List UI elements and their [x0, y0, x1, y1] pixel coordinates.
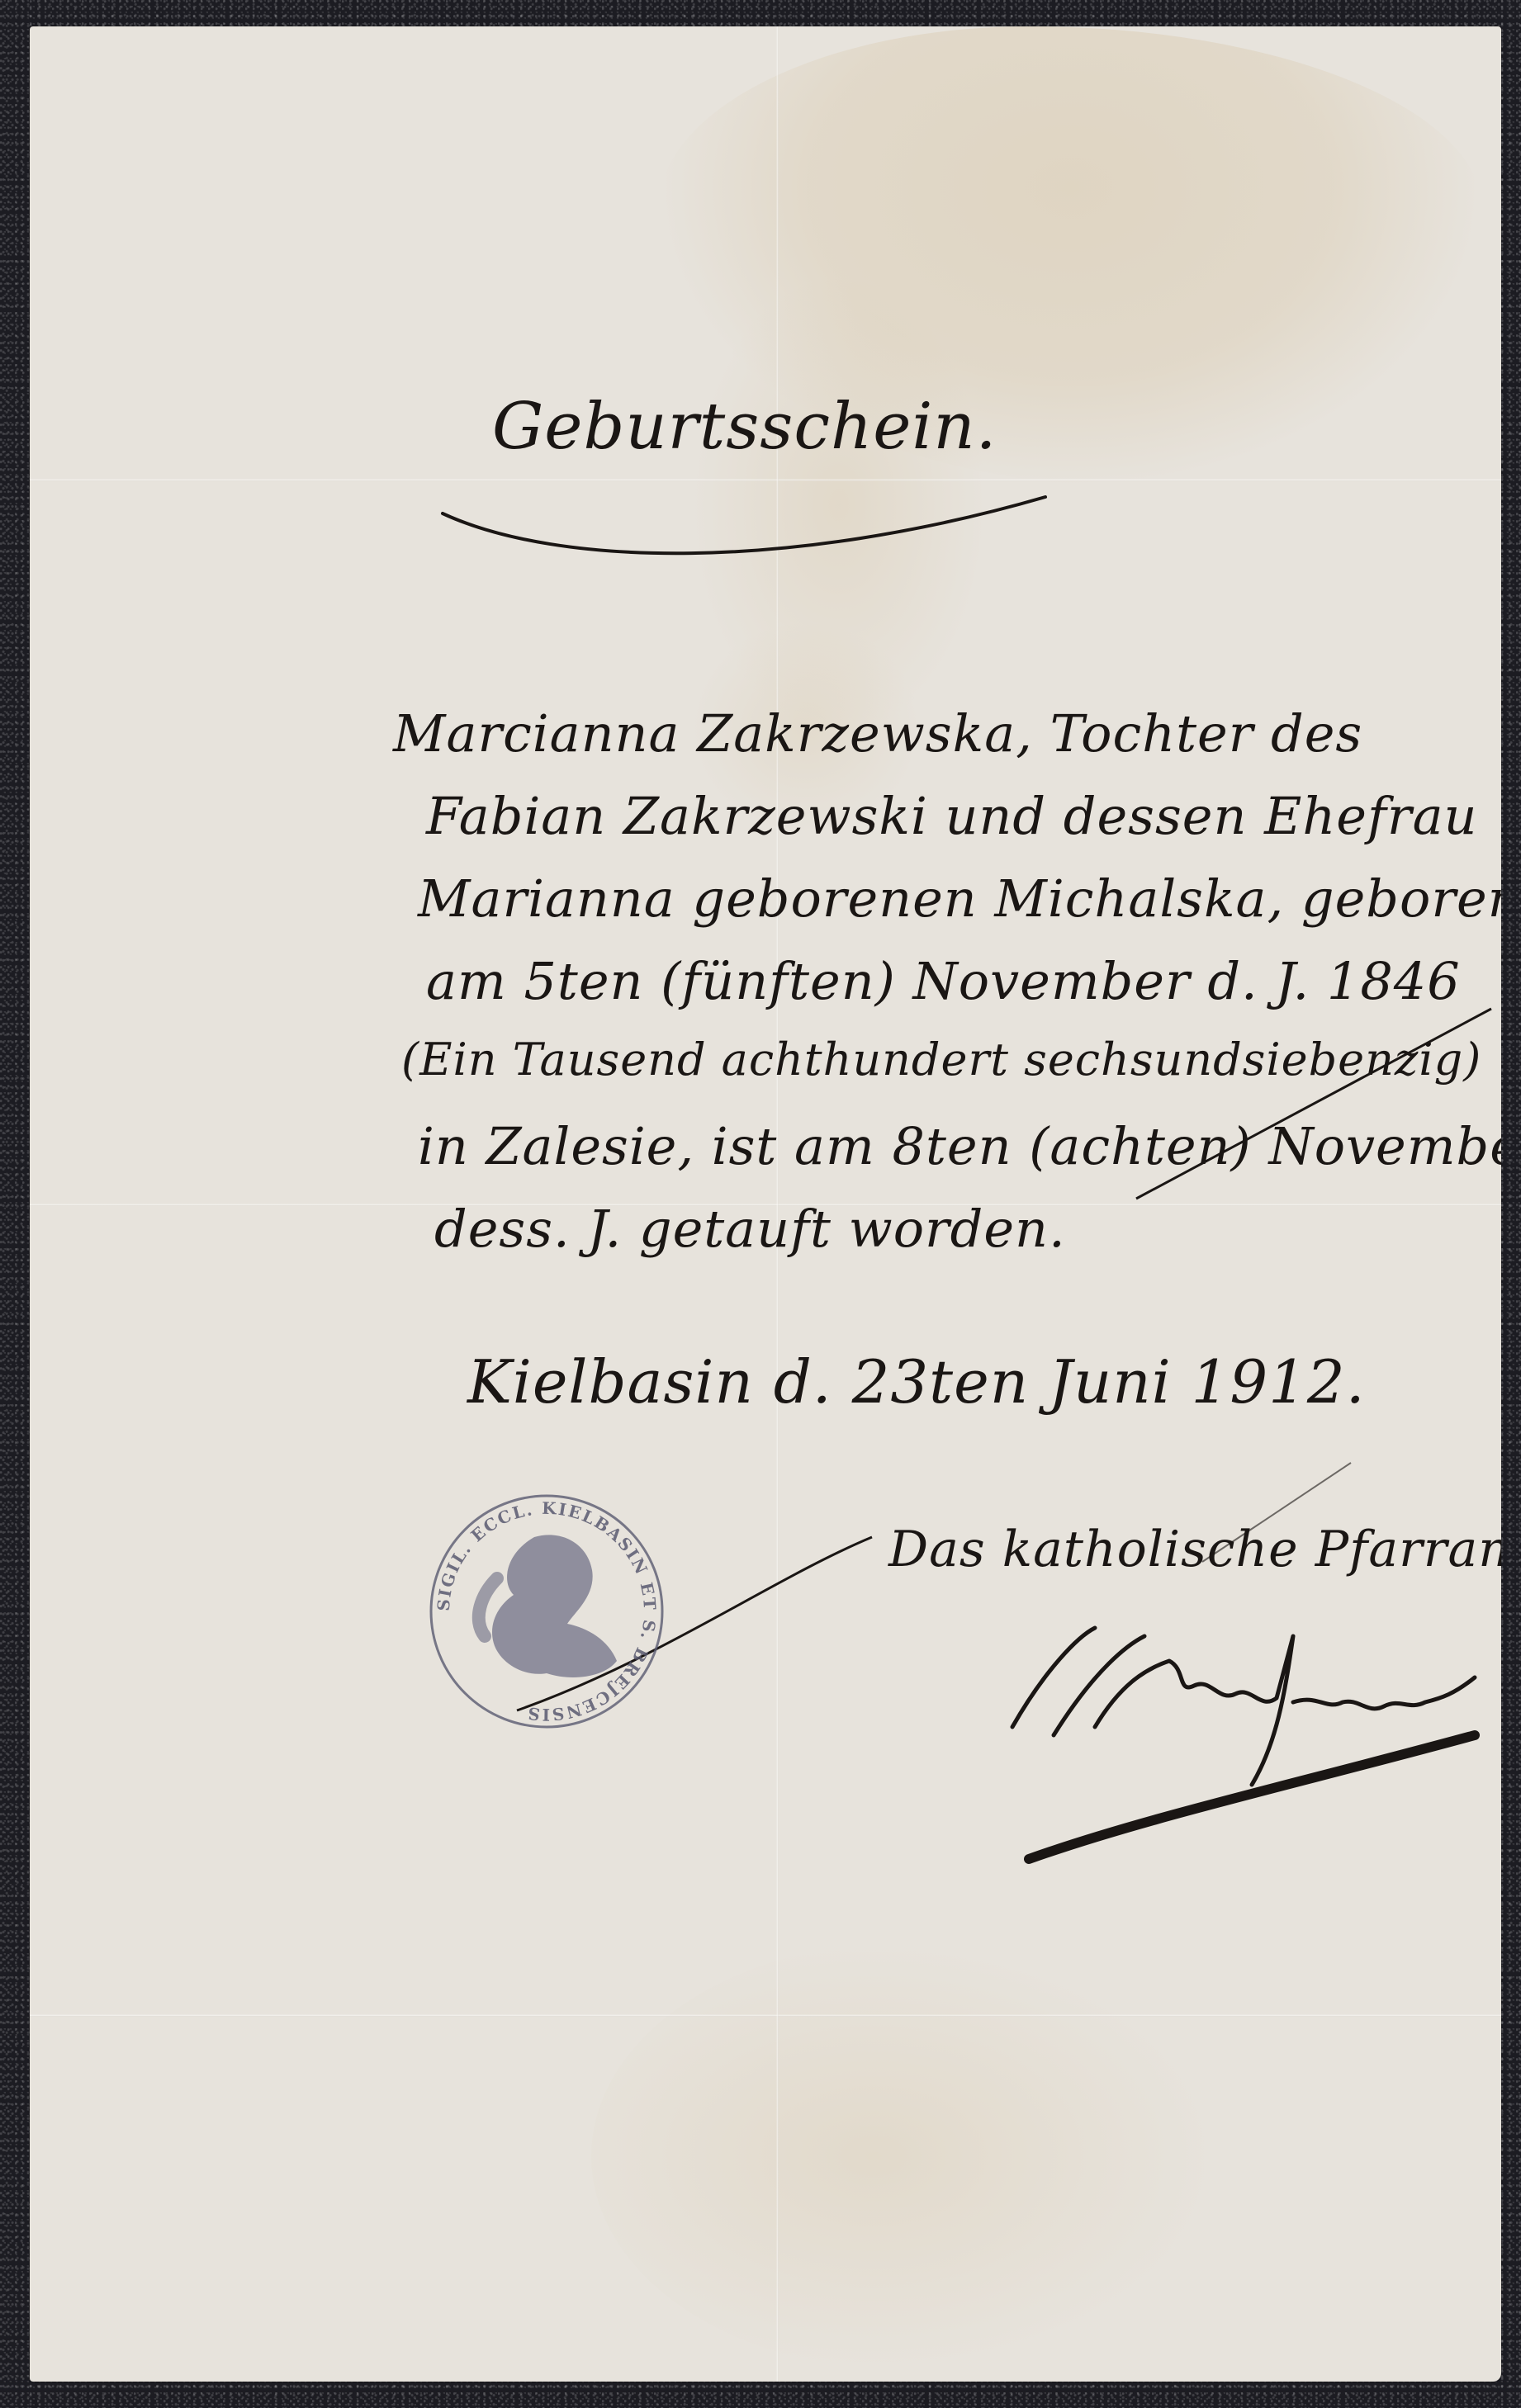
parish-seal: SIGIL. ECCL. KIELBASIN ET S. BREJCENSIS [423, 1488, 670, 1735]
pastor-signature: (illegible signature) [979, 1620, 1491, 1867]
fold-line-horizontal [30, 479, 1501, 481]
body-line: Marcianna Zakrzewska, Tochter des [393, 703, 1362, 764]
body-line: in Zalesie, ist am 8ten (achten) Novembe… [418, 1116, 1501, 1176]
signature-text: (illegible signature) [988, 1635, 997, 1637]
title-underline-flourish [434, 489, 1062, 588]
body-line: Fabian Zakrzewski und dessen Ehefrau [426, 786, 1477, 846]
body-line: Marianna geborenen Michalska, geboren [418, 868, 1501, 929]
body-line: dess. J. getauft worden. [434, 1199, 1066, 1259]
document-page: Geburtsschein. Marcianna Zakrzewska, Toc… [30, 26, 1501, 2382]
fold-line-horizontal [30, 2014, 1501, 2017]
body-line: am 5ten (fünften) November d. J. 1846 [426, 951, 1461, 1011]
body-line: (Ein Tausend achthundert sechsundsiebenz… [401, 1034, 1481, 1086]
document-title: Geburtsschein. [492, 390, 997, 464]
water-stain-bottom [591, 1942, 1219, 2371]
certificate-body: Marcianna Zakrzewska, Tochter des Fabian… [393, 703, 1483, 1298]
place-and-date: Kielbasin d. 23ten Juni 1912. [467, 1347, 1366, 1417]
issuing-office: Das katholische Pfarramt. [888, 1521, 1501, 1578]
